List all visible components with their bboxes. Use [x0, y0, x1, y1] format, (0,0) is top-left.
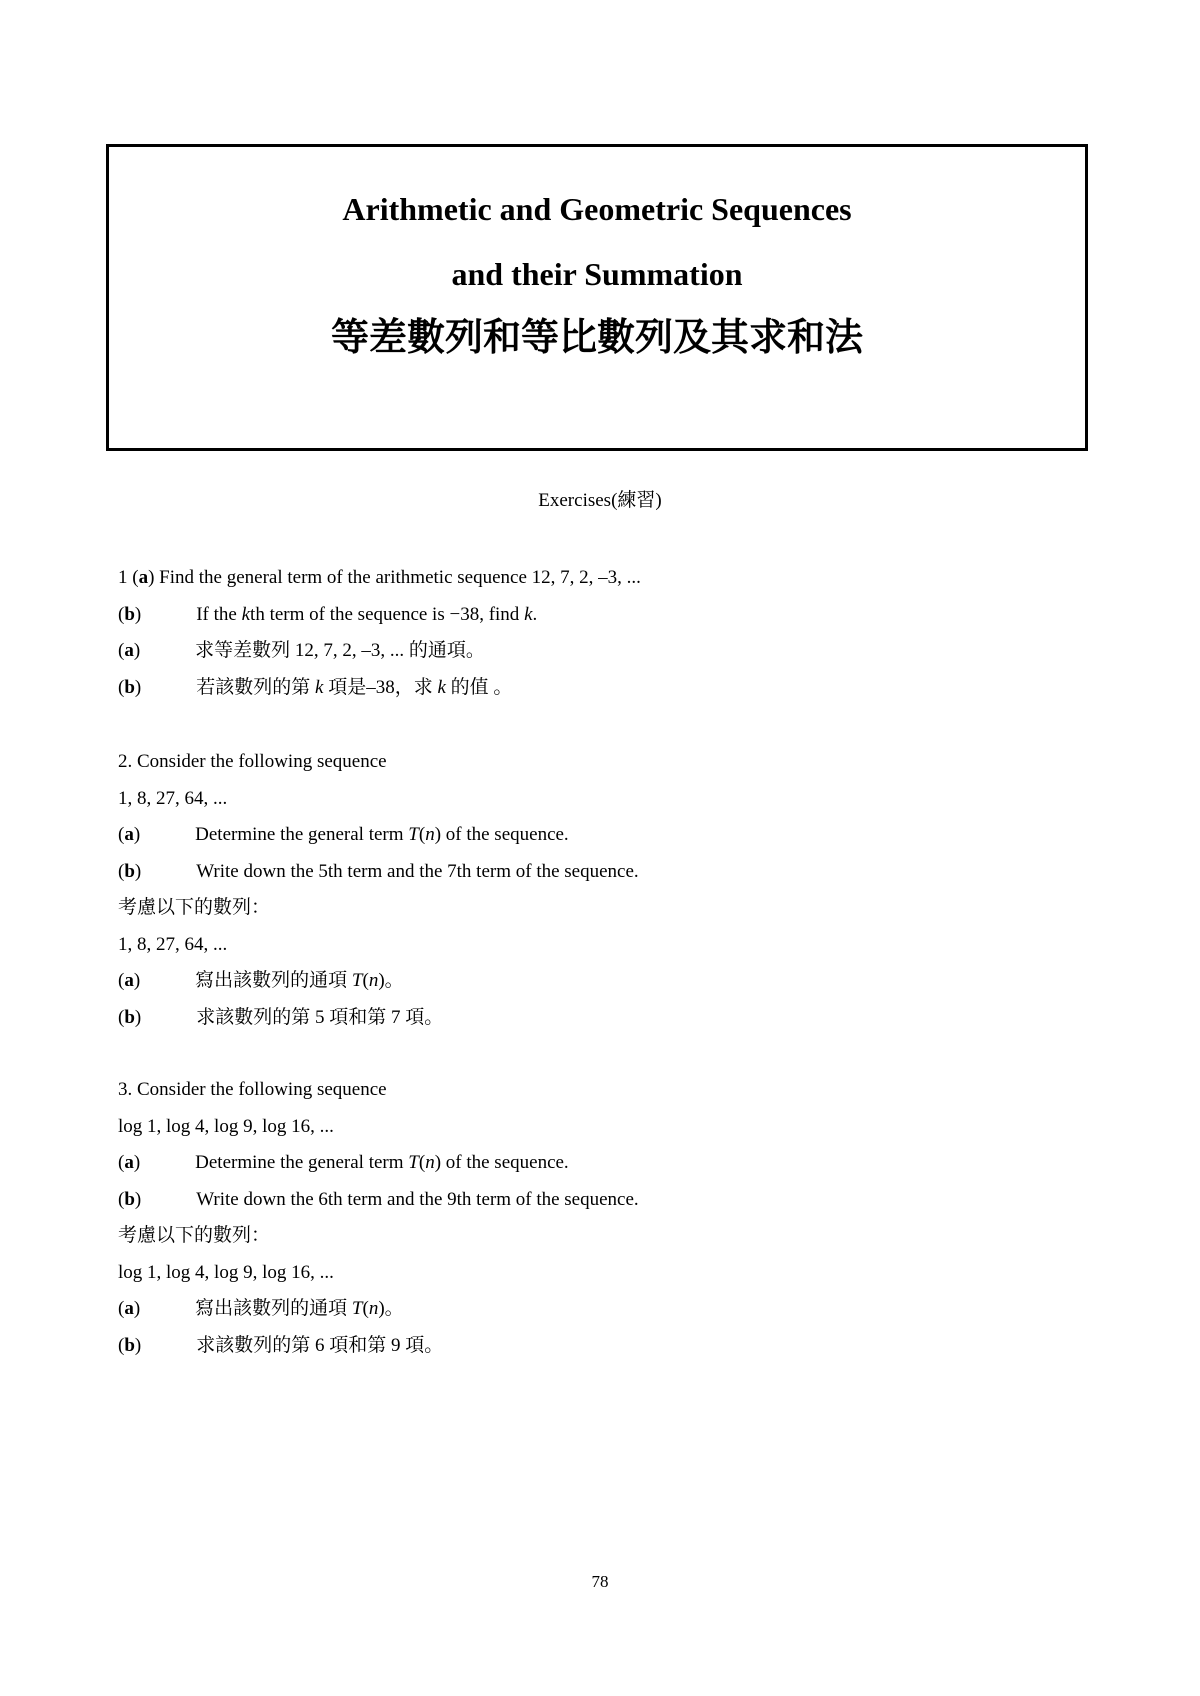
text-segment: 考慮以下的數列：	[118, 1225, 270, 1246]
text-segment: Determine the general term	[195, 1152, 408, 1173]
question-1: 1 (a) Find the general term of the arith…	[118, 560, 1140, 706]
text-segment: 寫出該數列的通項	[195, 970, 352, 991]
text-segment: 求該數列的第 6 項和第 9 項。	[196, 1335, 443, 1356]
question-3: 3. Consider the following sequencelog 1,…	[118, 1072, 1140, 1364]
text-segment: )	[134, 1298, 140, 1319]
text-segment: )	[135, 604, 141, 625]
text-segment: )。	[378, 970, 403, 991]
text-segment: )	[135, 1189, 141, 1210]
text-segment: )。	[378, 1298, 403, 1319]
text-segment: )	[134, 1152, 140, 1173]
text-segment: )	[135, 861, 141, 882]
question-line: (a)寫出該數列的通項 T(n)。	[118, 1291, 1140, 1328]
text-segment: )	[135, 1335, 141, 1356]
text-segment: 1, 8, 27, 64, ...	[118, 934, 227, 955]
section-heading: Exercises(練習)	[0, 490, 1200, 513]
question-line: (a)Determine the general term T(n) of th…	[118, 817, 1140, 854]
question-line: log 1, log 4, log 9, log 16, ...	[118, 1255, 1140, 1292]
text-segment: a	[124, 970, 134, 991]
question-line: (b)求該數列的第 5 項和第 7 項。	[118, 1000, 1140, 1037]
text-segment: Write down the 5th term and the 7th term…	[196, 861, 638, 882]
text-segment: 2. Consider the following sequence	[118, 751, 387, 772]
text-segment: )	[134, 970, 140, 991]
question-line: (b)Write down the 5th term and the 7th t…	[118, 854, 1140, 891]
question-line: (a)求等差數列 12, 7, 2, –3, ... 的通項。	[118, 633, 1140, 670]
text-segment: )	[134, 640, 140, 661]
question-line: 2. Consider the following sequence	[118, 744, 1140, 781]
text-segment: 3. Consider the following sequence	[118, 1079, 387, 1100]
text-segment: log 1, log 4, log 9, log 16, ...	[118, 1262, 334, 1283]
page-number: 78	[0, 1572, 1200, 1592]
title-english-line1: Arithmetic and Geometric Sequences	[109, 191, 1085, 228]
text-segment: n	[369, 1298, 379, 1319]
text-segment: 1 (	[118, 567, 139, 588]
question-line: (a)寫出該數列的通項 T(n)。	[118, 963, 1140, 1000]
text-segment: .	[533, 604, 538, 625]
text-segment: b	[124, 1007, 135, 1028]
question-line: 1 (a) Find the general term of the arith…	[118, 560, 1140, 597]
text-segment: n	[425, 824, 435, 845]
question-line: log 1, log 4, log 9, log 16, ...	[118, 1109, 1140, 1146]
question-line: 1, 8, 27, 64, ...	[118, 927, 1140, 964]
text-segment: Write down the 6th term and the 9th term…	[196, 1189, 638, 1210]
title-chinese: 等差數列和等比數列及其求和法	[109, 317, 1085, 361]
text-segment: ) of the sequence.	[435, 1152, 569, 1173]
title-english-line2: and their Summation	[109, 256, 1085, 293]
text-segment: Determine the general term	[195, 824, 408, 845]
text-segment: a	[124, 1298, 134, 1319]
question-line: 考慮以下的數列：	[118, 890, 1140, 927]
worksheet-page: Arithmetic and Geometric Sequences and t…	[0, 0, 1200, 1696]
text-segment: 求等差數列 12, 7, 2, –3, ... 的通項。	[195, 640, 485, 661]
text-segment: T	[352, 970, 363, 991]
question-line: 1, 8, 27, 64, ...	[118, 781, 1140, 818]
title-box: Arithmetic and Geometric Sequences and t…	[106, 144, 1088, 451]
text-segment: b	[124, 677, 135, 698]
question-line: (b)Write down the 6th term and the 9th t…	[118, 1182, 1140, 1219]
question-line: (b)若該數列的第 k 項是–38，求 k 的值 。	[118, 670, 1140, 707]
text-segment: 1, 8, 27, 64, ...	[118, 788, 227, 809]
text-segment: log 1, log 4, log 9, log 16, ...	[118, 1116, 334, 1137]
text-segment: )	[134, 824, 140, 845]
text-segment: 寫出該數列的通項	[195, 1298, 352, 1319]
text-segment: b	[124, 861, 135, 882]
text-segment: b	[124, 1335, 135, 1356]
text-segment: a	[124, 824, 134, 845]
question-line: (b)If the kth term of the sequence is −3…	[118, 597, 1140, 634]
text-segment: T	[408, 1152, 419, 1173]
text-segment: 求該數列的第 5 項和第 7 項。	[196, 1007, 443, 1028]
text-segment: k	[437, 677, 445, 698]
text-segment: n	[369, 970, 379, 991]
text-segment: T	[352, 1298, 363, 1319]
text-segment: ) Find the general term of the arithmeti…	[148, 567, 641, 588]
question-line: (b)求該數列的第 6 項和第 9 項。	[118, 1328, 1140, 1365]
text-segment: a	[139, 567, 149, 588]
text-segment: n	[425, 1152, 435, 1173]
text-segment: b	[124, 1189, 135, 1210]
text-segment: ) of the sequence.	[435, 824, 569, 845]
question-line: (a)Determine the general term T(n) of th…	[118, 1145, 1140, 1182]
text-segment: a	[124, 1152, 134, 1173]
question-2: 2. Consider the following sequence1, 8, …	[118, 744, 1140, 1036]
text-segment: T	[408, 824, 419, 845]
text-segment: th term of the sequence is −38, find	[250, 604, 524, 625]
text-segment: 的值 。	[446, 677, 513, 698]
text-segment: 若該數列的第	[196, 677, 315, 698]
text-segment: 項是–38，求	[323, 677, 437, 698]
question-line: 考慮以下的數列：	[118, 1218, 1140, 1255]
text-segment: k	[242, 604, 250, 625]
text-segment: )	[135, 1007, 141, 1028]
text-segment: b	[124, 604, 135, 625]
text-segment: If the	[196, 604, 241, 625]
text-segment: )	[135, 677, 141, 698]
question-line: 3. Consider the following sequence	[118, 1072, 1140, 1109]
text-segment: a	[124, 640, 134, 661]
text-segment: 考慮以下的數列：	[118, 897, 270, 918]
text-segment: k	[524, 604, 532, 625]
